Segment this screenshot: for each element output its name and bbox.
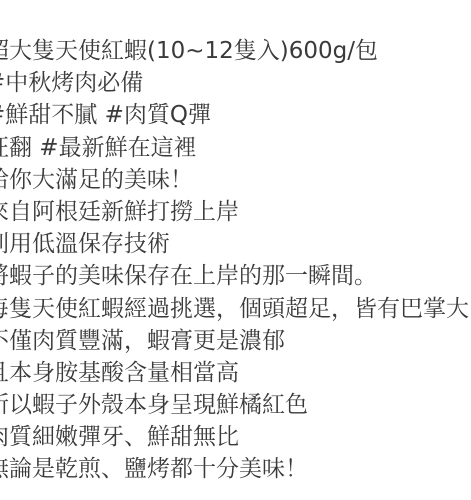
description-line: 將蝦子的美味保存在上岸的那一瞬間。: [0, 260, 469, 292]
description-line: 狂翻 #最新鮮在這裡: [0, 132, 469, 164]
description-line: 所以蝦子外殼本身呈現鮮橘紅色: [0, 389, 469, 421]
description-line: 每隻天使紅蝦經過挑選，個頭超足，皆有巴掌大: [0, 293, 469, 325]
description-line: #中秋烤肉必備: [0, 67, 469, 99]
description-line: 無論是乾煎、鹽烤都十分美味！: [0, 453, 469, 485]
description-line: 給你大滿足的美味！: [0, 164, 469, 196]
description-line: 來自阿根廷新鮮打撈上岸: [0, 196, 469, 228]
description-line: 超大隻天使紅蝦(10~12隻入)600g/包: [0, 35, 469, 67]
product-description-viewport: 超大隻天使紅蝦(10~12隻入)600g/包 #中秋烤肉必備 #鮮甜不膩 #肉質…: [0, 0, 471, 500]
description-line: #鮮甜不膩 #肉質Q彈: [0, 99, 469, 131]
description-line: 且本身胺基酸含量相當高: [0, 357, 469, 389]
product-description: 超大隻天使紅蝦(10~12隻入)600g/包 #中秋烤肉必備 #鮮甜不膩 #肉質…: [0, 35, 469, 486]
description-line: 利用低溫保存技術: [0, 228, 469, 260]
description-line: 不僅肉質豐滿，蝦膏更是濃郁: [0, 325, 469, 357]
description-line: 肉質細嫩彈牙、鮮甜無比: [0, 421, 469, 453]
